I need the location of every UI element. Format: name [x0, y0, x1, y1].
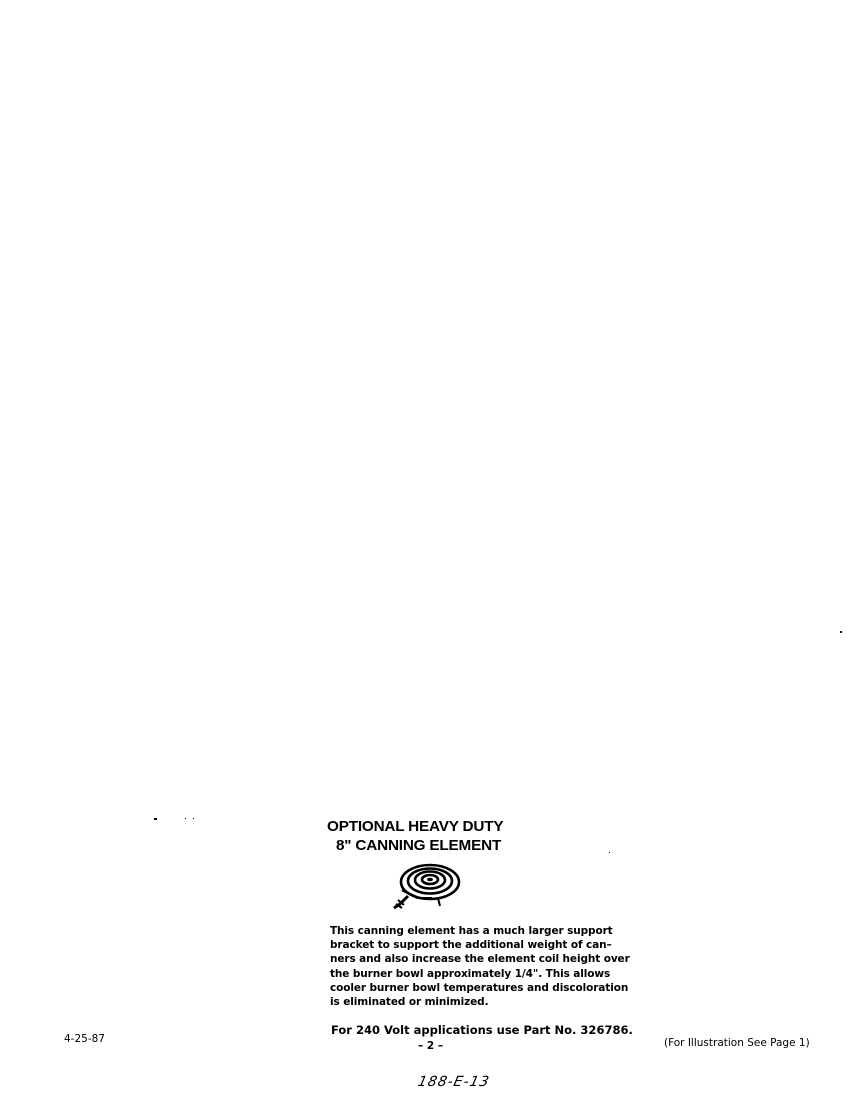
description-line: the burner bowl approximately 1/4". This… — [330, 967, 630, 981]
scan-speck — [185, 818, 186, 819]
date-footer: 4-25-87 — [64, 1033, 105, 1045]
description-line: is eliminated or minimized. — [330, 995, 630, 1009]
description-line: bracket to support the additional weight… — [330, 938, 630, 952]
scan-speck — [154, 818, 157, 820]
handwritten-code: 188-E-13 — [416, 1074, 491, 1090]
heading-line-2: 8" CANNING ELEMENT — [336, 836, 501, 855]
description-line: This canning element has a much larger s… — [330, 924, 630, 938]
description-line: ners and also increase the element coil … — [330, 952, 630, 966]
page-number: – 2 – — [418, 1040, 443, 1052]
description-paragraph: This canning element has a much larger s… — [330, 924, 630, 1009]
canning-element-coil-icon — [388, 860, 468, 916]
scan-speck — [193, 818, 194, 819]
part-number-note: For 240 Volt applications use Part No. 3… — [331, 1023, 633, 1037]
heading-line-1: OPTIONAL HEAVY DUTY — [327, 817, 503, 836]
illustration-reference: (For Illustration See Page 1) — [664, 1037, 810, 1049]
scan-speck — [609, 852, 610, 853]
scan-speck — [840, 631, 842, 633]
description-line: cooler burner bowl temperatures and disc… — [330, 981, 630, 995]
